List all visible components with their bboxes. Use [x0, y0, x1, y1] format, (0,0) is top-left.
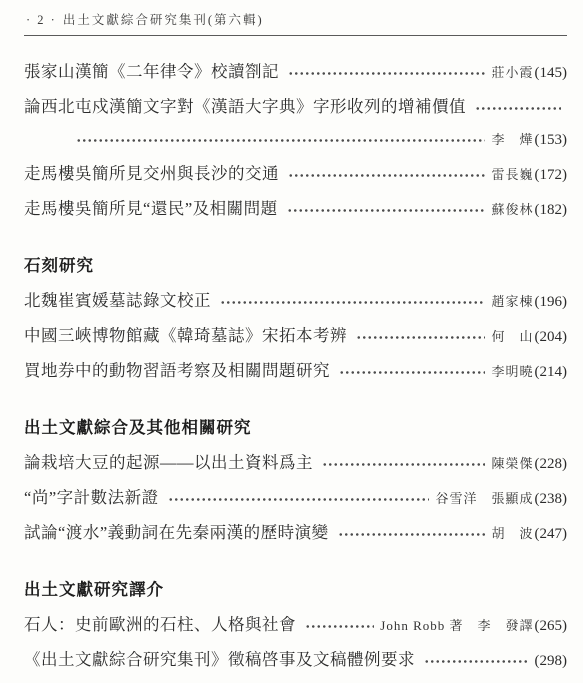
dot-leader	[220, 299, 485, 306]
dot-leader	[305, 623, 374, 630]
entry-author: 李明曉	[491, 361, 533, 382]
entry-page: (214)	[535, 362, 568, 383]
entry-author: 谷雪洋 張顯成	[435, 488, 533, 509]
toc-entry: 走馬樓吳簡所見交州與長沙的交通 雷長巍 (172)	[24, 163, 567, 186]
entry-author: 雷長巍	[491, 164, 533, 185]
dot-leader	[76, 137, 485, 144]
entry-title: 《出土文獻綜合研究集刊》徵稿啓事及文稿體例要求	[24, 649, 415, 670]
toc-entry: 論西北屯戍漢簡文字對《漢語大字典》字形收列的增補價值	[24, 96, 567, 117]
entry-title: 買地券中的動物習語考察及相關問題研究	[24, 360, 330, 381]
entry-author: 蘇俊林	[491, 199, 533, 220]
entry-title: 北魏崔賓媛墓誌錄文校正	[24, 290, 211, 311]
entry-title: “尚”字計數法新證	[24, 487, 159, 508]
dot-leader	[339, 369, 485, 376]
entry-title: 石人：史前歐洲的石柱、人格與社會	[24, 614, 296, 635]
entry-title: 中國三峽博物館藏《韓琦墓誌》宋拓本考辨	[24, 325, 347, 346]
entry-author: John Robb 著 李 發譯	[380, 615, 533, 636]
toc-entry-continuation: 李 燁 (153)	[24, 129, 567, 151]
toc-entry: 石人：史前歐洲的石柱、人格與社會 John Robb 著 李 發譯 (265)	[24, 614, 567, 637]
section-heading: 出土文獻研究譯介	[24, 576, 567, 600]
entry-page: (238)	[535, 489, 568, 510]
entry-title: 論西北屯戍漢簡文字對《漢語大字典》字形收列的增補價值	[24, 96, 466, 117]
entry-title: 走馬樓吳簡所見“還民”及相關問題	[24, 198, 278, 219]
entry-page: (182)	[535, 200, 568, 221]
entry-author: 李 燁	[491, 129, 533, 150]
table-of-contents: 張家山漢簡《二年律令》校讀劄記 莊小霞 (145) 論西北屯戍漢簡文字對《漢語大…	[24, 61, 567, 672]
dot-leader	[424, 658, 528, 665]
entry-page: (298)	[535, 651, 568, 672]
entry-title: 試論“渡水”義動詞在先秦兩漢的歷時演變	[24, 522, 329, 543]
toc-entry: 論栽培大豆的起源——以出土資料爲主 陳榮傑 (228)	[24, 452, 567, 475]
dot-leader	[338, 531, 486, 538]
dot-leader	[287, 207, 486, 214]
entry-page: (172)	[535, 165, 568, 186]
entry-page: (204)	[535, 327, 568, 348]
entry-page: (228)	[535, 454, 568, 475]
header-rule	[24, 35, 567, 36]
section-heading: 石刻研究	[24, 252, 567, 276]
journal-title: 出土文獻綜合研究集刊(第六輯)	[63, 10, 264, 28]
entry-page: (196)	[535, 292, 568, 313]
section-heading: 出土文獻綜合及其他相關研究	[24, 414, 567, 438]
entry-author: 趙家棟	[491, 291, 533, 312]
toc-entry: 買地券中的動物習語考察及相關問題研究 李明曉 (214)	[24, 360, 567, 383]
toc-entry: 試論“渡水”義動詞在先秦兩漢的歷時演變 胡 波 (247)	[24, 522, 567, 545]
dot-leader	[288, 172, 485, 179]
entry-page: (145)	[535, 63, 568, 84]
dot-leader	[168, 496, 430, 503]
dot-leader	[288, 70, 485, 77]
toc-entry: 《出土文獻綜合研究集刊》徵稿啓事及文稿體例要求 (298)	[24, 649, 567, 672]
entry-page: (265)	[535, 616, 568, 637]
page-number: · 2 ·	[26, 13, 57, 28]
toc-entry: 張家山漢簡《二年律令》校讀劄記 莊小霞 (145)	[24, 61, 567, 84]
entry-page: (247)	[535, 524, 568, 545]
entry-title: 張家山漢簡《二年律令》校讀劄記	[24, 61, 279, 82]
toc-entry: 中國三峽博物館藏《韓琦墓誌》宋拓本考辨 何 山 (204)	[24, 325, 567, 348]
dot-leader	[475, 105, 561, 112]
entry-author: 莊小霞	[491, 62, 533, 83]
toc-entry: 走馬樓吳簡所見“還民”及相關問題 蘇俊林 (182)	[24, 198, 567, 221]
running-header: · 2 · 出土文獻綜合研究集刊(第六輯)	[24, 10, 567, 28]
toc-page: · 2 · 出土文獻綜合研究集刊(第六輯) 張家山漢簡《二年律令》校讀劄記 莊小…	[0, 0, 583, 683]
toc-entry: “尚”字計數法新證 谷雪洋 張顯成 (238)	[24, 487, 567, 510]
toc-entry: 北魏崔賓媛墓誌錄文校正 趙家棟 (196)	[24, 290, 567, 313]
entry-title: 論栽培大豆的起源——以出土資料爲主	[24, 452, 313, 473]
dot-leader	[356, 334, 485, 341]
entry-author: 何 山	[491, 326, 533, 347]
entry-title: 走馬樓吳簡所見交州與長沙的交通	[24, 163, 279, 184]
entry-page: (153)	[535, 130, 568, 151]
entry-author: 陳榮傑	[491, 453, 533, 474]
entry-author: 胡 波	[491, 523, 533, 544]
dot-leader	[322, 461, 485, 468]
